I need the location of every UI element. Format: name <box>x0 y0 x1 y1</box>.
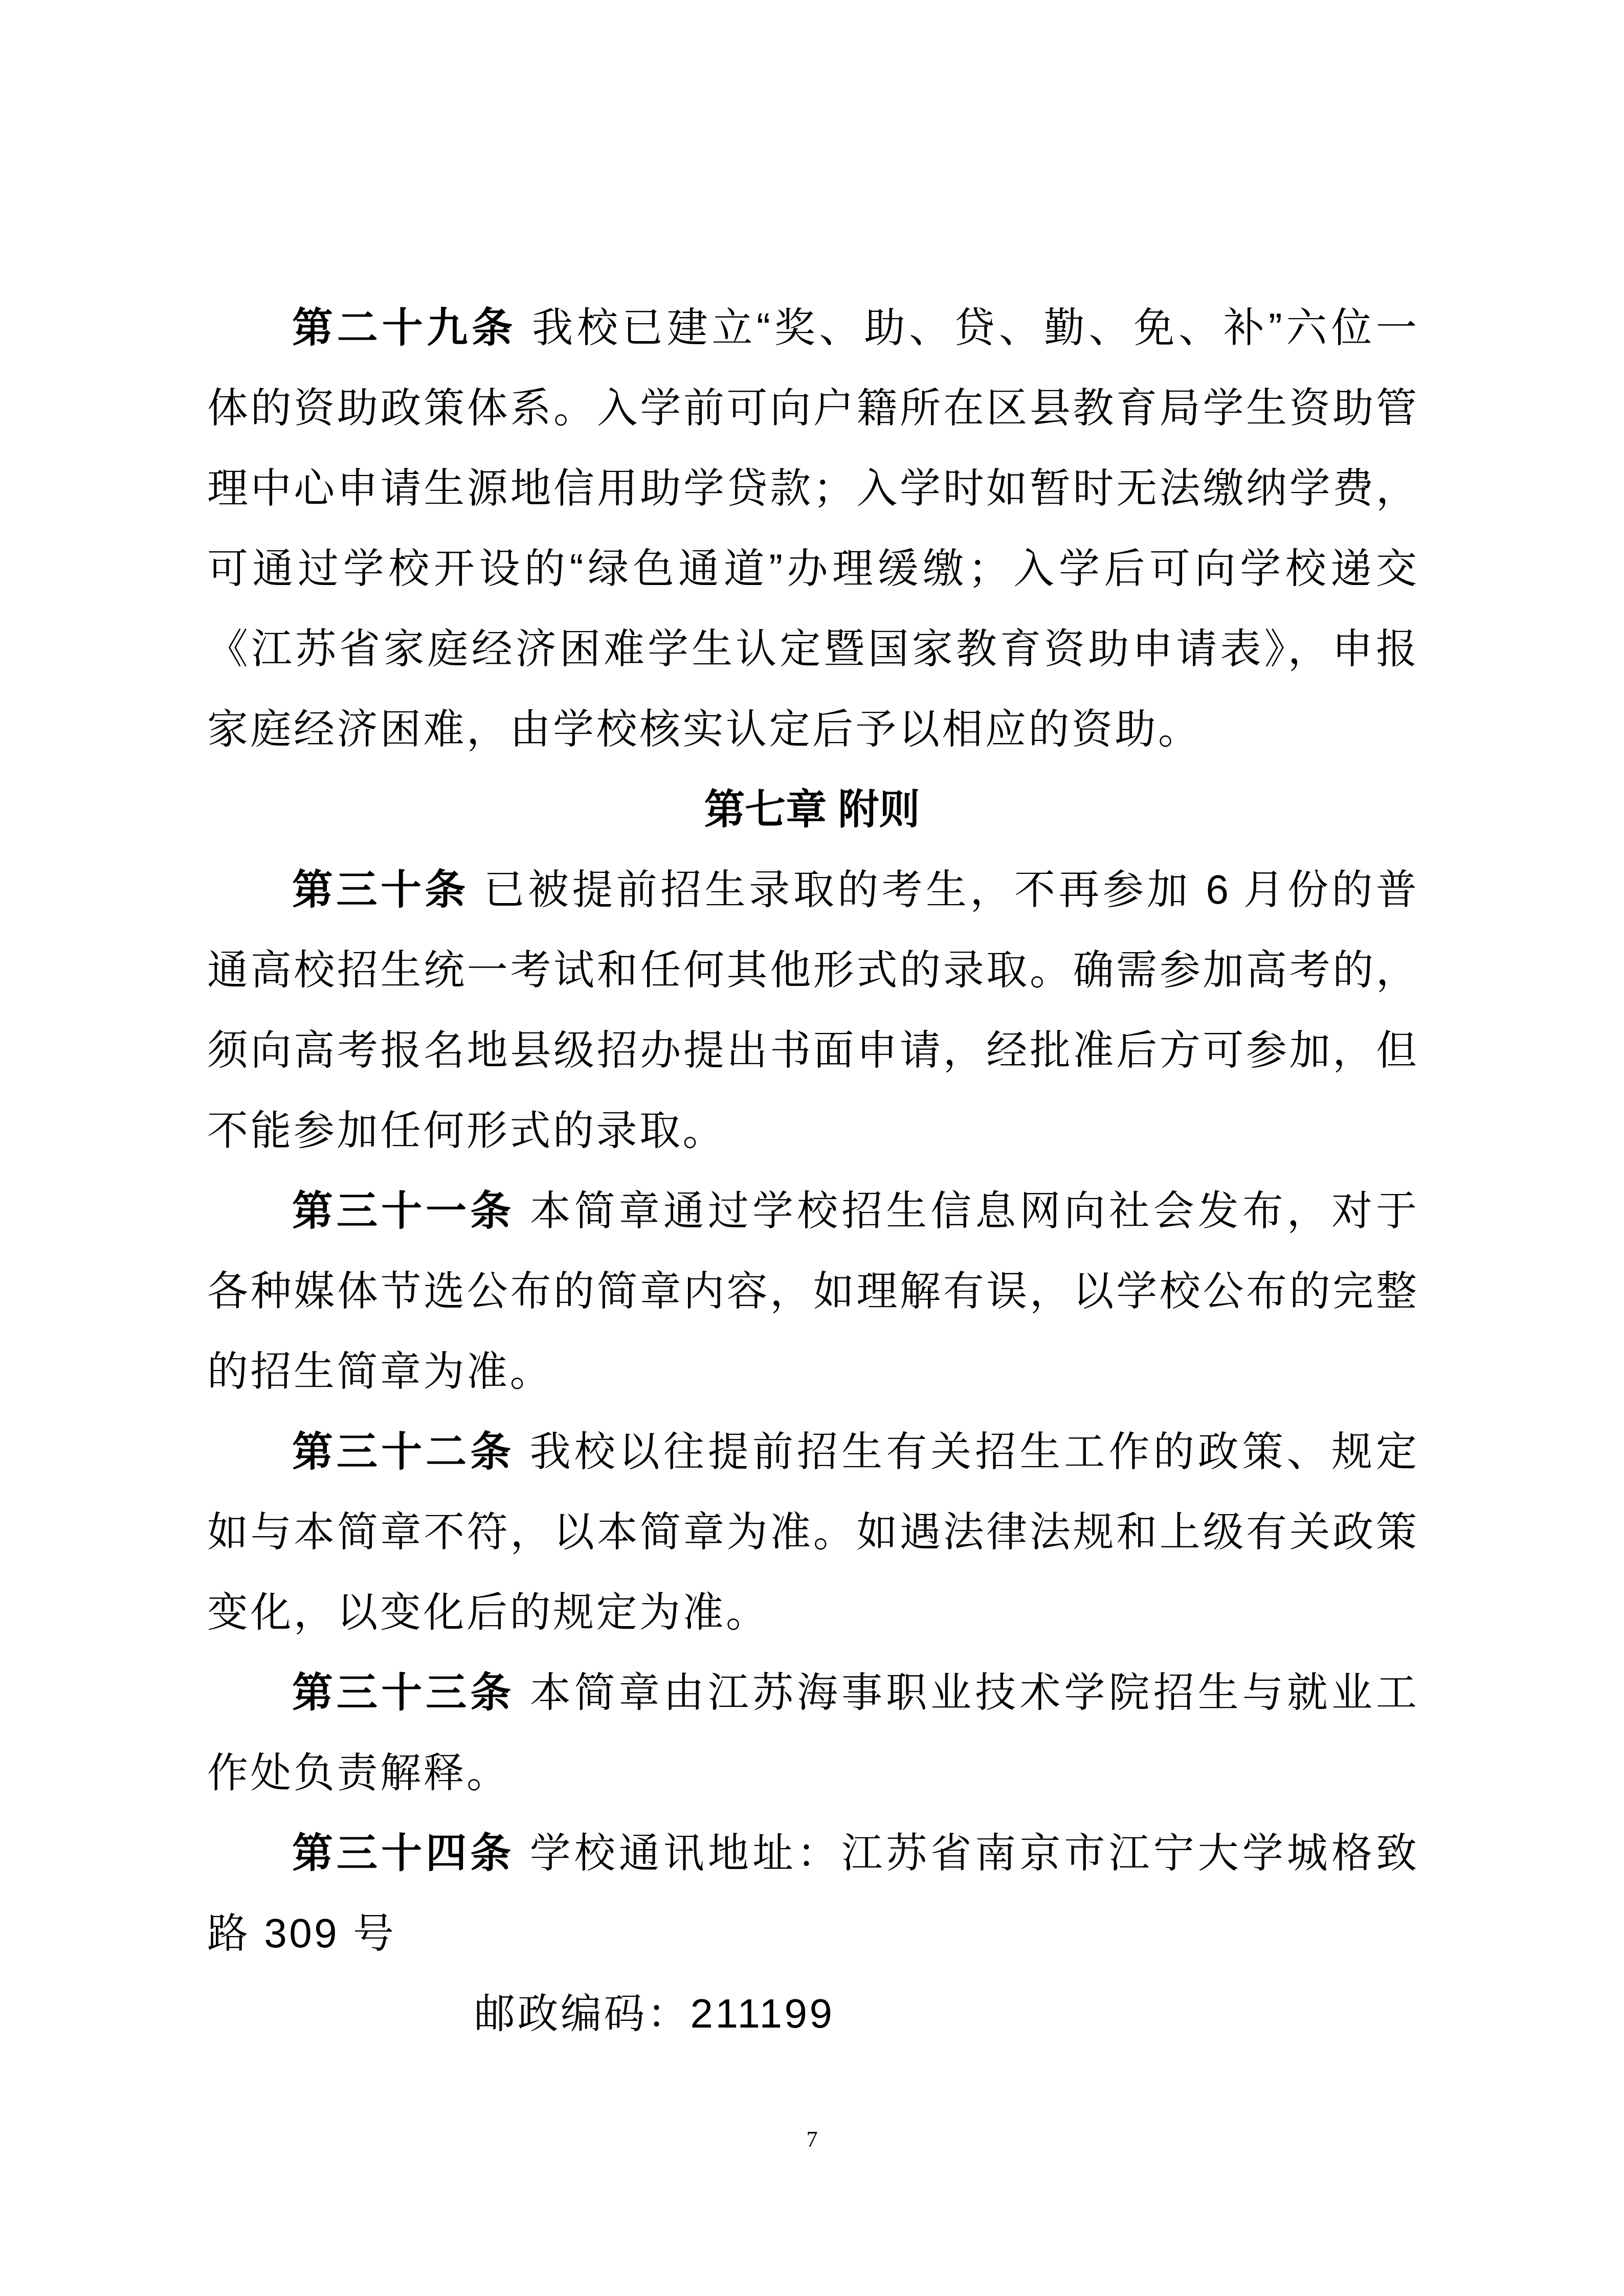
article-29-line-3: 理中心申请生源地信用助学贷款；入学时如暂时无法缴纳学费， <box>207 448 1417 528</box>
page-number: 7 <box>0 2128 1624 2151</box>
article-34-number: 第三十四条 <box>292 1830 515 1876</box>
article-29-line-4: 可通过学校开设的“绿色通道”办理缓缴；入学后可向学校递交 <box>207 528 1417 609</box>
document-body: 第二十九条 我校已建立“奖、助、贷、勤、免、补”六位一 体的资助政策体系。入学前… <box>207 287 1417 2054</box>
article-31-line-2: 各种媒体节选公布的简章内容，如理解有误，以学校公布的完整 <box>207 1251 1417 1331</box>
article-32-text: 我校以往提前招生有关招生工作的政策、规定 <box>515 1429 1417 1474</box>
article-29-number: 第二十九条 <box>292 305 517 350</box>
article-34-text: 学校通讯地址：江苏省南京市江宁大学城格致 <box>515 1830 1417 1876</box>
article-31-line-3: 的招生简章为准。 <box>207 1331 1417 1411</box>
article-32-line-1: 第三十二条 我校以往提前招生有关招生工作的政策、规定 <box>207 1411 1417 1492</box>
article-30-line-2: 通高校招生统一考试和任何其他形式的录取。确需参加高考的， <box>207 930 1417 1010</box>
article-29-text: 我校已建立“奖、助、贷、勤、免、补”六位一 <box>517 305 1417 350</box>
article-29-line-6: 家庭经济困难，由学校核实认定后予以相应的资助。 <box>207 689 1417 769</box>
article-31-line-1: 第三十一条 本简章通过学校招生信息网向社会发布，对于 <box>207 1170 1417 1251</box>
chapter-7-heading: 第七章 附则 <box>207 769 1417 849</box>
article-29-line-2: 体的资助政策体系。入学前可向户籍所在区县教育局学生资助管 <box>207 368 1417 448</box>
article-31-number: 第三十一条 <box>292 1188 515 1233</box>
article-29-line-5: 《江苏省家庭经济困难学生认定暨国家教育资助申请表》，申报 <box>207 609 1417 689</box>
article-34-line-1: 第三十四条 学校通讯地址：江苏省南京市江宁大学城格致 <box>207 1813 1417 1893</box>
article-30-text: 已被提前招生录取的考生，不再参加 6 月份的普 <box>469 867 1417 912</box>
article-33-line-1: 第三十三条 本简章由江苏海事职业技术学院招生与就业工 <box>207 1652 1417 1732</box>
article-29-line-1: 第二十九条 我校已建立“奖、助、贷、勤、免、补”六位一 <box>207 287 1417 368</box>
article-30-line-4: 不能参加任何形式的录取。 <box>207 1090 1417 1170</box>
article-34-line-2: 路 309 号 <box>207 1893 1417 1973</box>
article-32-line-2: 如与本简章不符，以本简章为准。如遇法律法规和上级有关政策 <box>207 1492 1417 1572</box>
article-30-number: 第三十条 <box>292 867 469 912</box>
article-33-text: 本简章由江苏海事职业技术学院招生与就业工 <box>515 1670 1417 1715</box>
postal-code-line: 邮政编码：211199 <box>207 1973 1417 2054</box>
document-page: 第二十九条 我校已建立“奖、助、贷、勤、免、补”六位一 体的资助政策体系。入学前… <box>0 0 1624 2296</box>
article-32-number: 第三十二条 <box>292 1429 515 1474</box>
article-33-number: 第三十三条 <box>292 1670 515 1715</box>
article-33-line-2: 作处负责解释。 <box>207 1732 1417 1813</box>
article-32-line-3: 变化，以变化后的规定为准。 <box>207 1572 1417 1652</box>
article-30-line-3: 须向高考报名地县级招办提出书面申请，经批准后方可参加，但 <box>207 1010 1417 1090</box>
article-31-text: 本简章通过学校招生信息网向社会发布，对于 <box>515 1188 1417 1233</box>
article-30-line-1: 第三十条 已被提前招生录取的考生，不再参加 6 月份的普 <box>207 849 1417 930</box>
